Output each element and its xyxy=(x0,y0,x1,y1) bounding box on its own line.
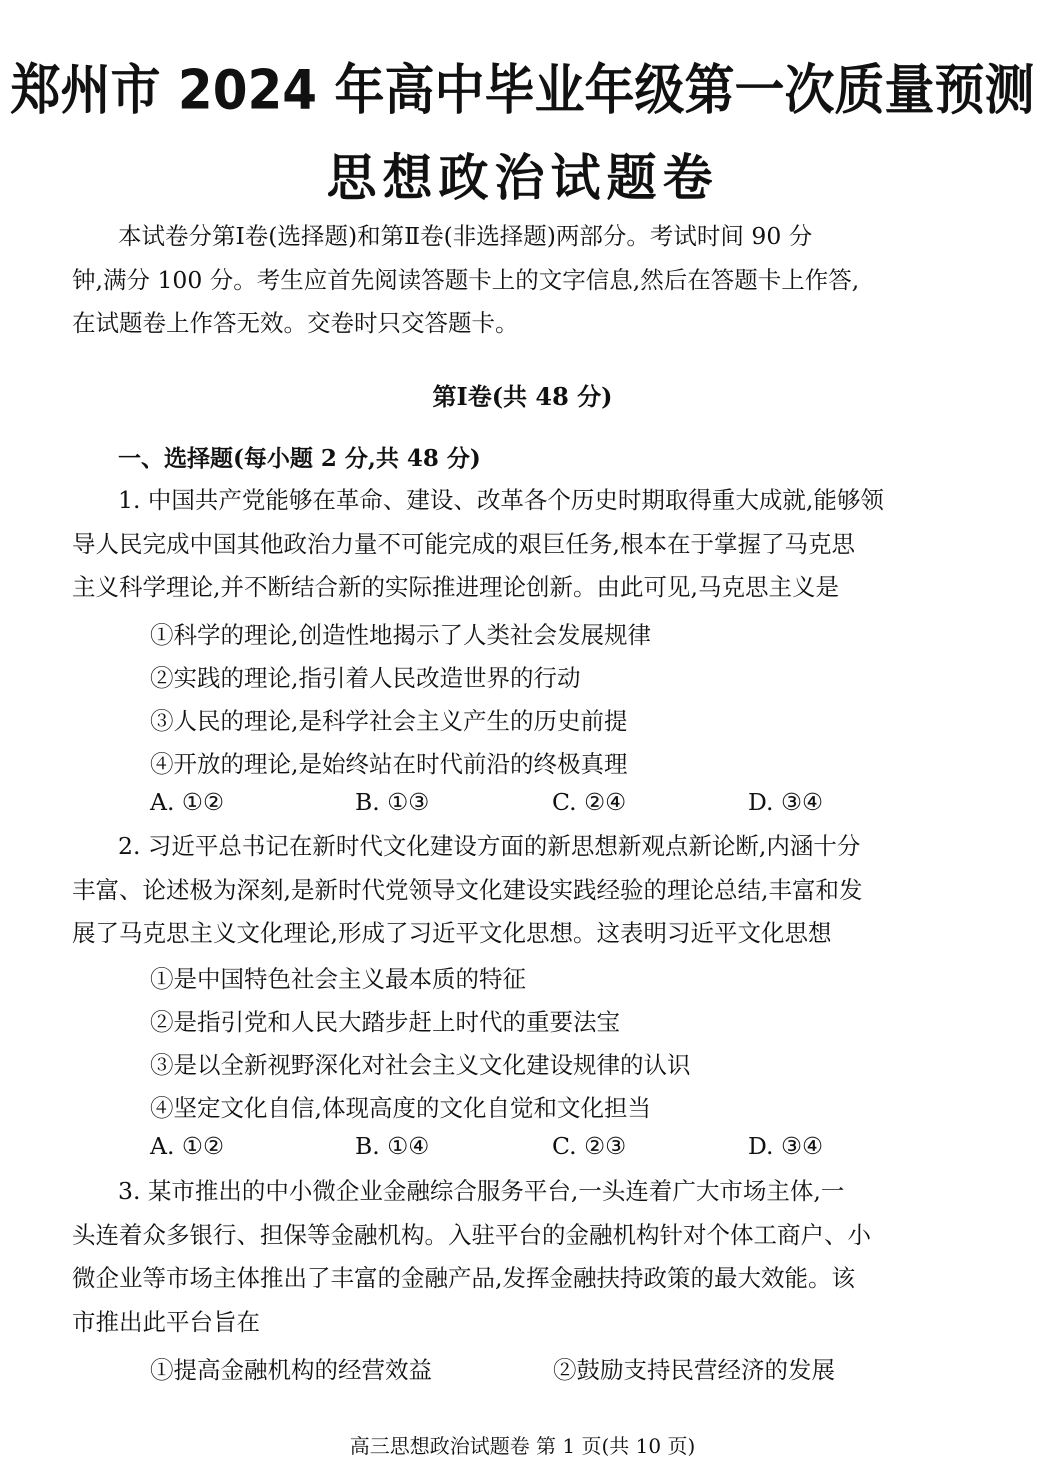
q1-choice-d[interactable]: D. ③④ xyxy=(748,788,823,816)
page-footer: 高三思想政治试题卷 第 1 页(共 10 页) xyxy=(0,1430,1045,1459)
stem-line: 展了马克思主义文化理论,形成了习近平文化思想。这表明习近平文化思想 xyxy=(72,912,977,956)
q3-statement-1: ①提高金融机构的经营效益 xyxy=(150,1351,432,1385)
q1-statement-4: ④开放的理论,是始终站在时代前沿的终极真理 xyxy=(150,745,627,779)
instructions: 本试卷分第Ⅰ卷(选择题)和第Ⅱ卷(非选择题)两部分。考试时间 90 分 钟,满分… xyxy=(72,215,977,346)
stem-line: 微企业等市场主体推出了丰富的金融产品,发挥金融扶持政策的最大效能。该 xyxy=(72,1257,977,1301)
instructions-line: 钟,满分 100 分。考生应首先阅读答题卡上的文字信息,然后在答题卡上作答, xyxy=(72,259,977,303)
stem-line: 1. 中国共产党能够在革命、建设、改革各个历史时期取得重大成就,能够领 xyxy=(72,479,977,523)
instructions-line: 在试题卷上作答无效。交卷时只交答题卡。 xyxy=(72,302,977,346)
stem-line: 2. 习近平总书记在新时代文化建设方面的新思想新观点新论断,内涵十分 xyxy=(72,825,977,869)
part-heading: 一、选择题(每小题 2 分,共 48 分) xyxy=(118,440,481,473)
question-3-stem: 3. 某市推出的中小微企业金融综合服务平台,一头连着广大市场主体,一 头连着众多… xyxy=(72,1170,977,1344)
question-1-stem: 1. 中国共产党能够在革命、建设、改革各个历史时期取得重大成就,能够领 导人民完… xyxy=(72,479,977,610)
stem-line: 导人民完成中国其他政治力量不可能完成的艰巨任务,根本在于掌握了马克思 xyxy=(72,523,977,567)
stem-line: 市推出此平台旨在 xyxy=(72,1301,977,1345)
stem-line: 3. 某市推出的中小微企业金融综合服务平台,一头连着广大市场主体,一 xyxy=(72,1170,977,1214)
exam-subtitle: 思想政治试题卷 xyxy=(0,138,1045,210)
stem-line: 主义科学理论,并不断结合新的实际推进理论创新。由此可见,马克思主义是 xyxy=(72,566,977,610)
q2-statement-4: ④坚定文化自信,体现高度的文化自觉和文化担当 xyxy=(150,1089,651,1123)
q2-choice-b[interactable]: B. ①④ xyxy=(355,1132,429,1160)
question-2-stem: 2. 习近平总书记在新时代文化建设方面的新思想新观点新论断,内涵十分 丰富、论述… xyxy=(72,825,977,956)
stem-line: 头连着众多银行、担保等金融机构。入驻平台的金融机构针对个体工商户、小 xyxy=(72,1214,977,1258)
exam-title: 郑州市 2024 年高中毕业年级第一次质量预测 xyxy=(0,47,1045,125)
q1-choice-a[interactable]: A. ①② xyxy=(150,788,224,816)
q2-statement-2: ②是指引党和人民大踏步赶上时代的重要法宝 xyxy=(150,1003,620,1037)
q2-choice-c[interactable]: C. ②③ xyxy=(552,1132,626,1160)
q1-choice-b[interactable]: B. ①③ xyxy=(355,788,429,816)
q1-statement-1: ①科学的理论,创造性地揭示了人类社会发展规律 xyxy=(150,616,651,650)
q1-statement-2: ②实践的理论,指引着人民改造世界的行动 xyxy=(150,659,580,693)
q2-choice-a[interactable]: A. ①② xyxy=(150,1132,224,1160)
q3-statement-2: ②鼓励支持民营经济的发展 xyxy=(553,1351,835,1385)
q2-statement-1: ①是中国特色社会主义最本质的特征 xyxy=(150,960,526,994)
section-title: 第Ⅰ卷(共 48 分) xyxy=(0,377,1045,412)
instructions-line: 本试卷分第Ⅰ卷(选择题)和第Ⅱ卷(非选择题)两部分。考试时间 90 分 xyxy=(72,215,977,259)
q1-choice-c[interactable]: C. ②④ xyxy=(552,788,626,816)
stem-line: 丰富、论述极为深刻,是新时代党领导文化建设实践经验的理论总结,丰富和发 xyxy=(72,869,977,913)
q2-statement-3: ③是以全新视野深化对社会主义文化建设规律的认识 xyxy=(150,1046,691,1080)
q1-statement-3: ③人民的理论,是科学社会主义产生的历史前提 xyxy=(150,702,627,736)
q2-choice-d[interactable]: D. ③④ xyxy=(748,1132,823,1160)
